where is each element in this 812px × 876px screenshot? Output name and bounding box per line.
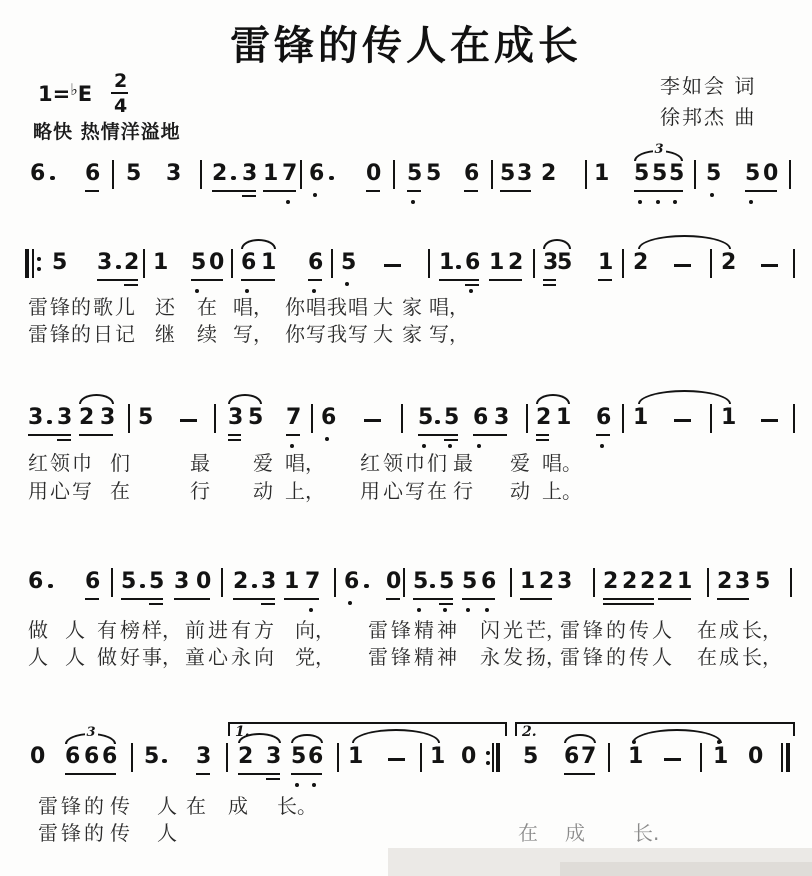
lyric-char: 继 (155, 324, 175, 344)
note-digit: 5 (444, 407, 459, 429)
note-digit: 3 (735, 571, 750, 593)
lyric-char: 雷 (38, 796, 58, 816)
octave-low-dot (312, 289, 316, 293)
barline (526, 404, 528, 433)
lyric-char: 上。 (542, 481, 582, 501)
lyricist-credit: 李如会 词 (660, 70, 756, 99)
beam-line (196, 773, 210, 775)
note-digit: 5 (52, 252, 67, 274)
triplet-number: 3 (85, 726, 98, 739)
octave-low-dot (638, 200, 642, 204)
lyric-char: 神 (437, 620, 457, 640)
lyric-char: 大 (373, 324, 393, 344)
lyric-char: 行 (190, 481, 210, 501)
octave-low-dot (600, 444, 604, 448)
barline (128, 404, 130, 433)
lyric-char: 发 (503, 647, 523, 667)
repeat-dot (37, 267, 41, 271)
note-digit: 2 (539, 571, 554, 593)
lyric-char: 最 (453, 453, 473, 473)
beam-line-2 (465, 284, 479, 286)
octave-low-dot (345, 282, 349, 286)
beam-line (85, 190, 99, 192)
lyric-char: 传 (629, 620, 649, 640)
lyric-char: 有 (97, 620, 117, 640)
note-digit: 0 (366, 163, 381, 185)
lyric-char: 领 (383, 453, 403, 473)
barline (131, 743, 133, 772)
volta-label: 2. (522, 725, 537, 739)
note-digit: 1 (489, 252, 504, 274)
lyric-char: 锋 (61, 796, 81, 816)
lyric-char: 传 (110, 796, 130, 816)
sheet-music-page: 雷锋的传人在成长 1=♭E 2 4 略快 热情洋溢地 李如会 词 徐邦杰 曲 6… (0, 0, 812, 876)
beam-line-2 (444, 439, 458, 441)
lyric-char: 在 (518, 823, 538, 843)
lyric-char: 记 (115, 324, 135, 344)
barline (608, 743, 610, 772)
lyric-char: 动 (253, 481, 273, 501)
lyric-char: 传 (629, 647, 649, 667)
barline (510, 568, 512, 597)
note-digit: 3 (57, 407, 72, 429)
note-digit: 5 (706, 163, 721, 185)
lyric-char: 家 (402, 297, 422, 317)
lyric-char: 雷 (560, 647, 580, 667)
beam-line-2 (261, 603, 275, 605)
lyric-char: 爱 (510, 453, 530, 473)
slur-arc (536, 394, 570, 404)
beam-line (308, 279, 322, 281)
barline (226, 743, 228, 772)
lyric-char: 唱 (306, 297, 326, 317)
octave-low-dot (443, 608, 447, 612)
barline (622, 404, 624, 433)
repeat-end-thin-bar (492, 743, 494, 772)
note-digit: 3 (242, 163, 257, 185)
note-digit: 2 (721, 252, 736, 274)
note-digit: 6 (564, 746, 579, 768)
song-title: 雷锋的传人在成长 (230, 14, 582, 71)
note-digit: 3 (494, 407, 509, 429)
lyric-char: 人 (652, 620, 672, 640)
note-digit: 5 (121, 571, 136, 593)
beam-line (85, 598, 99, 600)
note-digit: 3 (166, 163, 181, 185)
note-digit: 5 (248, 407, 263, 429)
slur-arc (543, 239, 571, 249)
beam-line (191, 279, 223, 281)
barline (111, 568, 113, 597)
composer-credit: 徐邦杰 曲 (660, 101, 756, 130)
note-digit: 5 (634, 163, 649, 185)
lyric-char: 长， (742, 647, 782, 667)
note-digit: 2 (212, 163, 227, 185)
note-digit: 5 (191, 252, 206, 274)
lyric-char: 的 (84, 823, 104, 843)
note-digit: 6 (241, 252, 256, 274)
note-digit: 5 (291, 746, 306, 768)
duration-dash (674, 264, 691, 267)
octave-low-dot (411, 200, 415, 204)
final-thick-bar (786, 743, 790, 772)
lyric-char: 在 (697, 620, 717, 640)
lyric-char: 心 (208, 647, 228, 667)
beam-line (407, 190, 421, 192)
triplet-number: 3 (653, 143, 666, 156)
note-digit: 2 (640, 571, 655, 593)
repeat-dot (486, 761, 490, 765)
barline (334, 568, 336, 597)
octave-low-dot (469, 289, 473, 293)
beam-line (233, 598, 275, 600)
note-digit: 0 (209, 252, 224, 274)
volta-label: 1. (235, 725, 250, 739)
note-digit: 2 (508, 252, 523, 274)
lyric-char: 雷 (560, 620, 580, 640)
note-digit: 3 (100, 407, 115, 429)
barline (593, 568, 595, 597)
lyric-char: 长. (633, 823, 659, 843)
lyric-char: 雷 (368, 647, 388, 667)
note-digit: 2 (238, 746, 253, 768)
beam-line (462, 598, 495, 600)
augmentation-dot (162, 759, 167, 764)
note-digit: 3 (228, 407, 243, 429)
repeat-end-thick-bar (496, 743, 500, 772)
note-digit: 5 (755, 571, 770, 593)
note-digit: 6 (596, 407, 611, 429)
note-digit: 7 (305, 571, 320, 593)
barline (707, 568, 709, 597)
note-digit: 0 (763, 163, 778, 185)
beam-line-2 (536, 439, 549, 441)
note-digit: 6 (321, 407, 336, 429)
octave-low-dot (485, 608, 489, 612)
note-digit: 5 (126, 163, 141, 185)
octave-low-dot (245, 289, 249, 293)
lyric-char: 锋 (50, 324, 70, 344)
note-digit: 0 (30, 746, 45, 768)
lyric-char: 人 (65, 620, 85, 640)
barline (331, 249, 333, 278)
note-digit: 5 (413, 571, 428, 593)
note-digit: 6 (85, 163, 100, 185)
barline (311, 404, 313, 433)
note-digit: 5 (418, 407, 433, 429)
note-digit: 7 (282, 163, 297, 185)
augmentation-dot (364, 584, 369, 589)
lyric-char: 神 (437, 647, 457, 667)
lyric-char: 成 (719, 647, 739, 667)
note-digit: 1 (713, 746, 728, 768)
octave-low-dot (313, 193, 317, 197)
lyric-char: 的 (606, 647, 626, 667)
lyric-char: 人 (157, 796, 177, 816)
beam-line (473, 434, 507, 436)
note-digit: 7 (286, 407, 301, 429)
augmentation-dot (252, 584, 257, 589)
lyric-char: 长。 (277, 796, 317, 816)
note-digit: 5 (439, 571, 454, 593)
lyric-char: 在 (110, 481, 130, 501)
lyric-char: 有 (231, 620, 251, 640)
lyric-char: 传 (110, 823, 130, 843)
note-digit: 6 (309, 163, 324, 185)
note-digit: 3 (266, 746, 281, 768)
lyric-char: 行 (453, 481, 473, 501)
lyric-char: 日 (93, 324, 113, 344)
lyric-char: 领 (50, 453, 70, 473)
note-digit: 2 (536, 407, 551, 429)
barline (700, 743, 702, 772)
note-digit: 5 (149, 571, 164, 593)
lyric-char: 在 (697, 647, 717, 667)
duration-dash (761, 419, 778, 422)
lyric-char: 动 (510, 481, 530, 501)
octave-low-dot (286, 200, 290, 204)
barline (694, 160, 696, 189)
lyric-char: 儿 (115, 297, 135, 317)
beam-line (536, 434, 549, 436)
lyric-char: 成 (565, 823, 585, 843)
augmentation-dot (116, 265, 121, 270)
note-digit: 6 (102, 746, 117, 768)
lyric-char: 长， (742, 620, 782, 640)
note-digit: 2 (79, 407, 94, 429)
duration-dash (761, 264, 778, 267)
octave-low-dot (195, 289, 199, 293)
barline (401, 404, 403, 433)
meter-numerator: 2 (114, 70, 127, 92)
lyric-char: 写， (233, 324, 273, 344)
lyric-char: 成 (719, 620, 739, 640)
beam-line (238, 773, 280, 775)
repeat-dot (486, 751, 490, 755)
slur-arc (228, 394, 262, 404)
octave-low-dot (348, 601, 352, 605)
beam-line-2 (603, 603, 654, 605)
beam-line (366, 190, 380, 192)
note-digit: 3 (174, 571, 189, 593)
note-digit: 5 (523, 746, 538, 768)
barline (491, 160, 493, 189)
tempo-marking: 略快 热情洋溢地 (33, 117, 181, 144)
volta-bracket: 1. (228, 722, 507, 736)
lyric-char: 进 (208, 620, 228, 640)
note-digit: 6 (30, 163, 45, 185)
beam-line (439, 279, 479, 281)
lyric-char: 做 (28, 620, 48, 640)
note-digit: 2 (622, 571, 637, 593)
beam-line-2 (439, 603, 453, 605)
final-thin-bar (781, 743, 783, 772)
barline (789, 160, 791, 189)
barline (585, 160, 587, 189)
lyric-char: 巾 (405, 453, 425, 473)
lyric-char: 的 (71, 324, 91, 344)
barline (393, 160, 395, 189)
beam-line (386, 598, 400, 600)
lyric-char: 人 (157, 823, 177, 843)
lyric-char: 唱 (348, 297, 368, 317)
note-digit: 6 (344, 571, 359, 593)
note-digit: 5 (557, 252, 572, 274)
octave-low-dot (312, 783, 316, 787)
note-digit: 6 (465, 252, 480, 274)
augmentation-dot (435, 420, 440, 425)
lyric-char: 前 (185, 620, 205, 640)
lyric-char: 巾 (72, 453, 92, 473)
lyric-char: 的 (606, 620, 626, 640)
beam-line (658, 598, 691, 600)
lyric-char: 事， (142, 647, 182, 667)
note-digit: 2 (633, 252, 648, 274)
lyric-char: 光 (503, 620, 523, 640)
repeat-start-thick-bar (25, 249, 29, 278)
lyric-char: 的 (84, 796, 104, 816)
barline (214, 404, 216, 433)
note-digit: 5 (462, 571, 477, 593)
barline (533, 249, 535, 278)
beam-line (65, 773, 116, 775)
note-digit: 0 (196, 571, 211, 593)
barline (300, 160, 302, 189)
meter-denominator: 4 (114, 95, 127, 117)
lyric-char: 锋 (583, 647, 603, 667)
barline (428, 249, 430, 278)
lyric-char: 心 (383, 481, 403, 501)
lyric-char: 写 (306, 324, 326, 344)
note-digit: 3 (261, 571, 276, 593)
lyric-char: 我 (327, 297, 347, 317)
note-digit: 2 (658, 571, 673, 593)
barline (221, 568, 223, 597)
lyric-char: 锋 (391, 647, 411, 667)
note-digit: 2 (717, 571, 732, 593)
augmentation-dot (140, 584, 145, 589)
note-digit: 1 (628, 746, 643, 768)
augmentation-dot (430, 584, 435, 589)
slur-arc (638, 235, 731, 249)
slur-arc (241, 239, 276, 249)
barline (790, 568, 792, 597)
note-digit: 1 (721, 407, 736, 429)
beam-line (543, 279, 556, 281)
lyric-char: 样， (142, 620, 182, 640)
slur-arc (638, 390, 731, 404)
note-digit: 6 (308, 252, 323, 274)
lyric-char: 写 (72, 481, 92, 501)
note-digit: 1 (633, 407, 648, 429)
beam-line (489, 279, 522, 281)
beam-line-2 (228, 439, 241, 441)
barline (622, 249, 624, 278)
note-digit: 1 (598, 252, 613, 274)
octave-low-dot (325, 437, 329, 441)
lyric-char: 锋 (50, 297, 70, 317)
beam-line (634, 190, 683, 192)
duration-dash (664, 758, 681, 761)
lyric-char: 我 (327, 324, 347, 344)
beam-line-2 (242, 195, 256, 197)
note-digit: 5 (138, 407, 153, 429)
lyric-char: 歌 (93, 297, 113, 317)
lyric-char: 唱， (233, 297, 273, 317)
lyric-char: 成 (228, 796, 248, 816)
key-letter: E (78, 82, 92, 106)
note-digit: 5 (669, 163, 684, 185)
note-digit: 3 (28, 407, 43, 429)
beam-line (263, 190, 296, 192)
lyric-char: 家 (402, 324, 422, 344)
flat-sign: ♭ (70, 80, 78, 99)
barline (793, 404, 795, 433)
note-digit: 0 (748, 746, 763, 768)
beam-line (500, 190, 531, 192)
lyric-char: 在 (197, 297, 217, 317)
beam-line (596, 434, 610, 436)
barline (231, 249, 233, 278)
note-digit: 2 (124, 252, 139, 274)
octave-low-dot (290, 444, 294, 448)
note-digit: 1 (556, 407, 571, 429)
note-digit: 1 (284, 571, 299, 593)
lyric-char: 永 (480, 647, 500, 667)
beam-line (97, 279, 138, 281)
beam-line-2 (124, 284, 138, 286)
note-digit: 5 (407, 163, 422, 185)
slur-arc (79, 394, 114, 404)
note-digit: 6 (481, 571, 496, 593)
beam-line (286, 434, 300, 436)
lyric-char: 心 (50, 481, 70, 501)
barline (200, 160, 202, 189)
beam-line (28, 434, 71, 436)
lyric-char: 永 (231, 647, 251, 667)
note-digit: 6 (65, 746, 80, 768)
beam-line (212, 190, 256, 192)
note-digit: 1 (520, 571, 535, 593)
beam-line (79, 434, 113, 436)
augmentation-dot (50, 176, 55, 181)
lyric-char: 党， (295, 647, 335, 667)
beam-line (413, 598, 453, 600)
lyric-char: 人 (652, 647, 672, 667)
lyric-char: 红 (360, 453, 380, 473)
beam-line (745, 190, 777, 192)
beam-line (520, 598, 552, 600)
lyric-char: 最 (190, 453, 210, 473)
note-digit: 1 (677, 571, 692, 593)
beam-line (284, 598, 319, 600)
barline (420, 743, 422, 772)
beam-line (564, 773, 595, 775)
lyric-char: 雷 (368, 620, 388, 640)
note-digit: 5 (652, 163, 667, 185)
lyric-char: 用 (360, 481, 380, 501)
note-digit: 5 (500, 163, 515, 185)
lyric-char: 你 (285, 297, 305, 317)
lyric-char: 唱， (285, 453, 325, 473)
volta-bracket: 2. (515, 722, 795, 736)
note-digit: 6 (85, 571, 100, 593)
lyric-char: 写 (405, 481, 425, 501)
lyric-char: 爱 (253, 453, 273, 473)
note-digit: 6 (464, 163, 479, 185)
note-digit: 3 (97, 252, 112, 274)
beam-line (241, 279, 275, 281)
